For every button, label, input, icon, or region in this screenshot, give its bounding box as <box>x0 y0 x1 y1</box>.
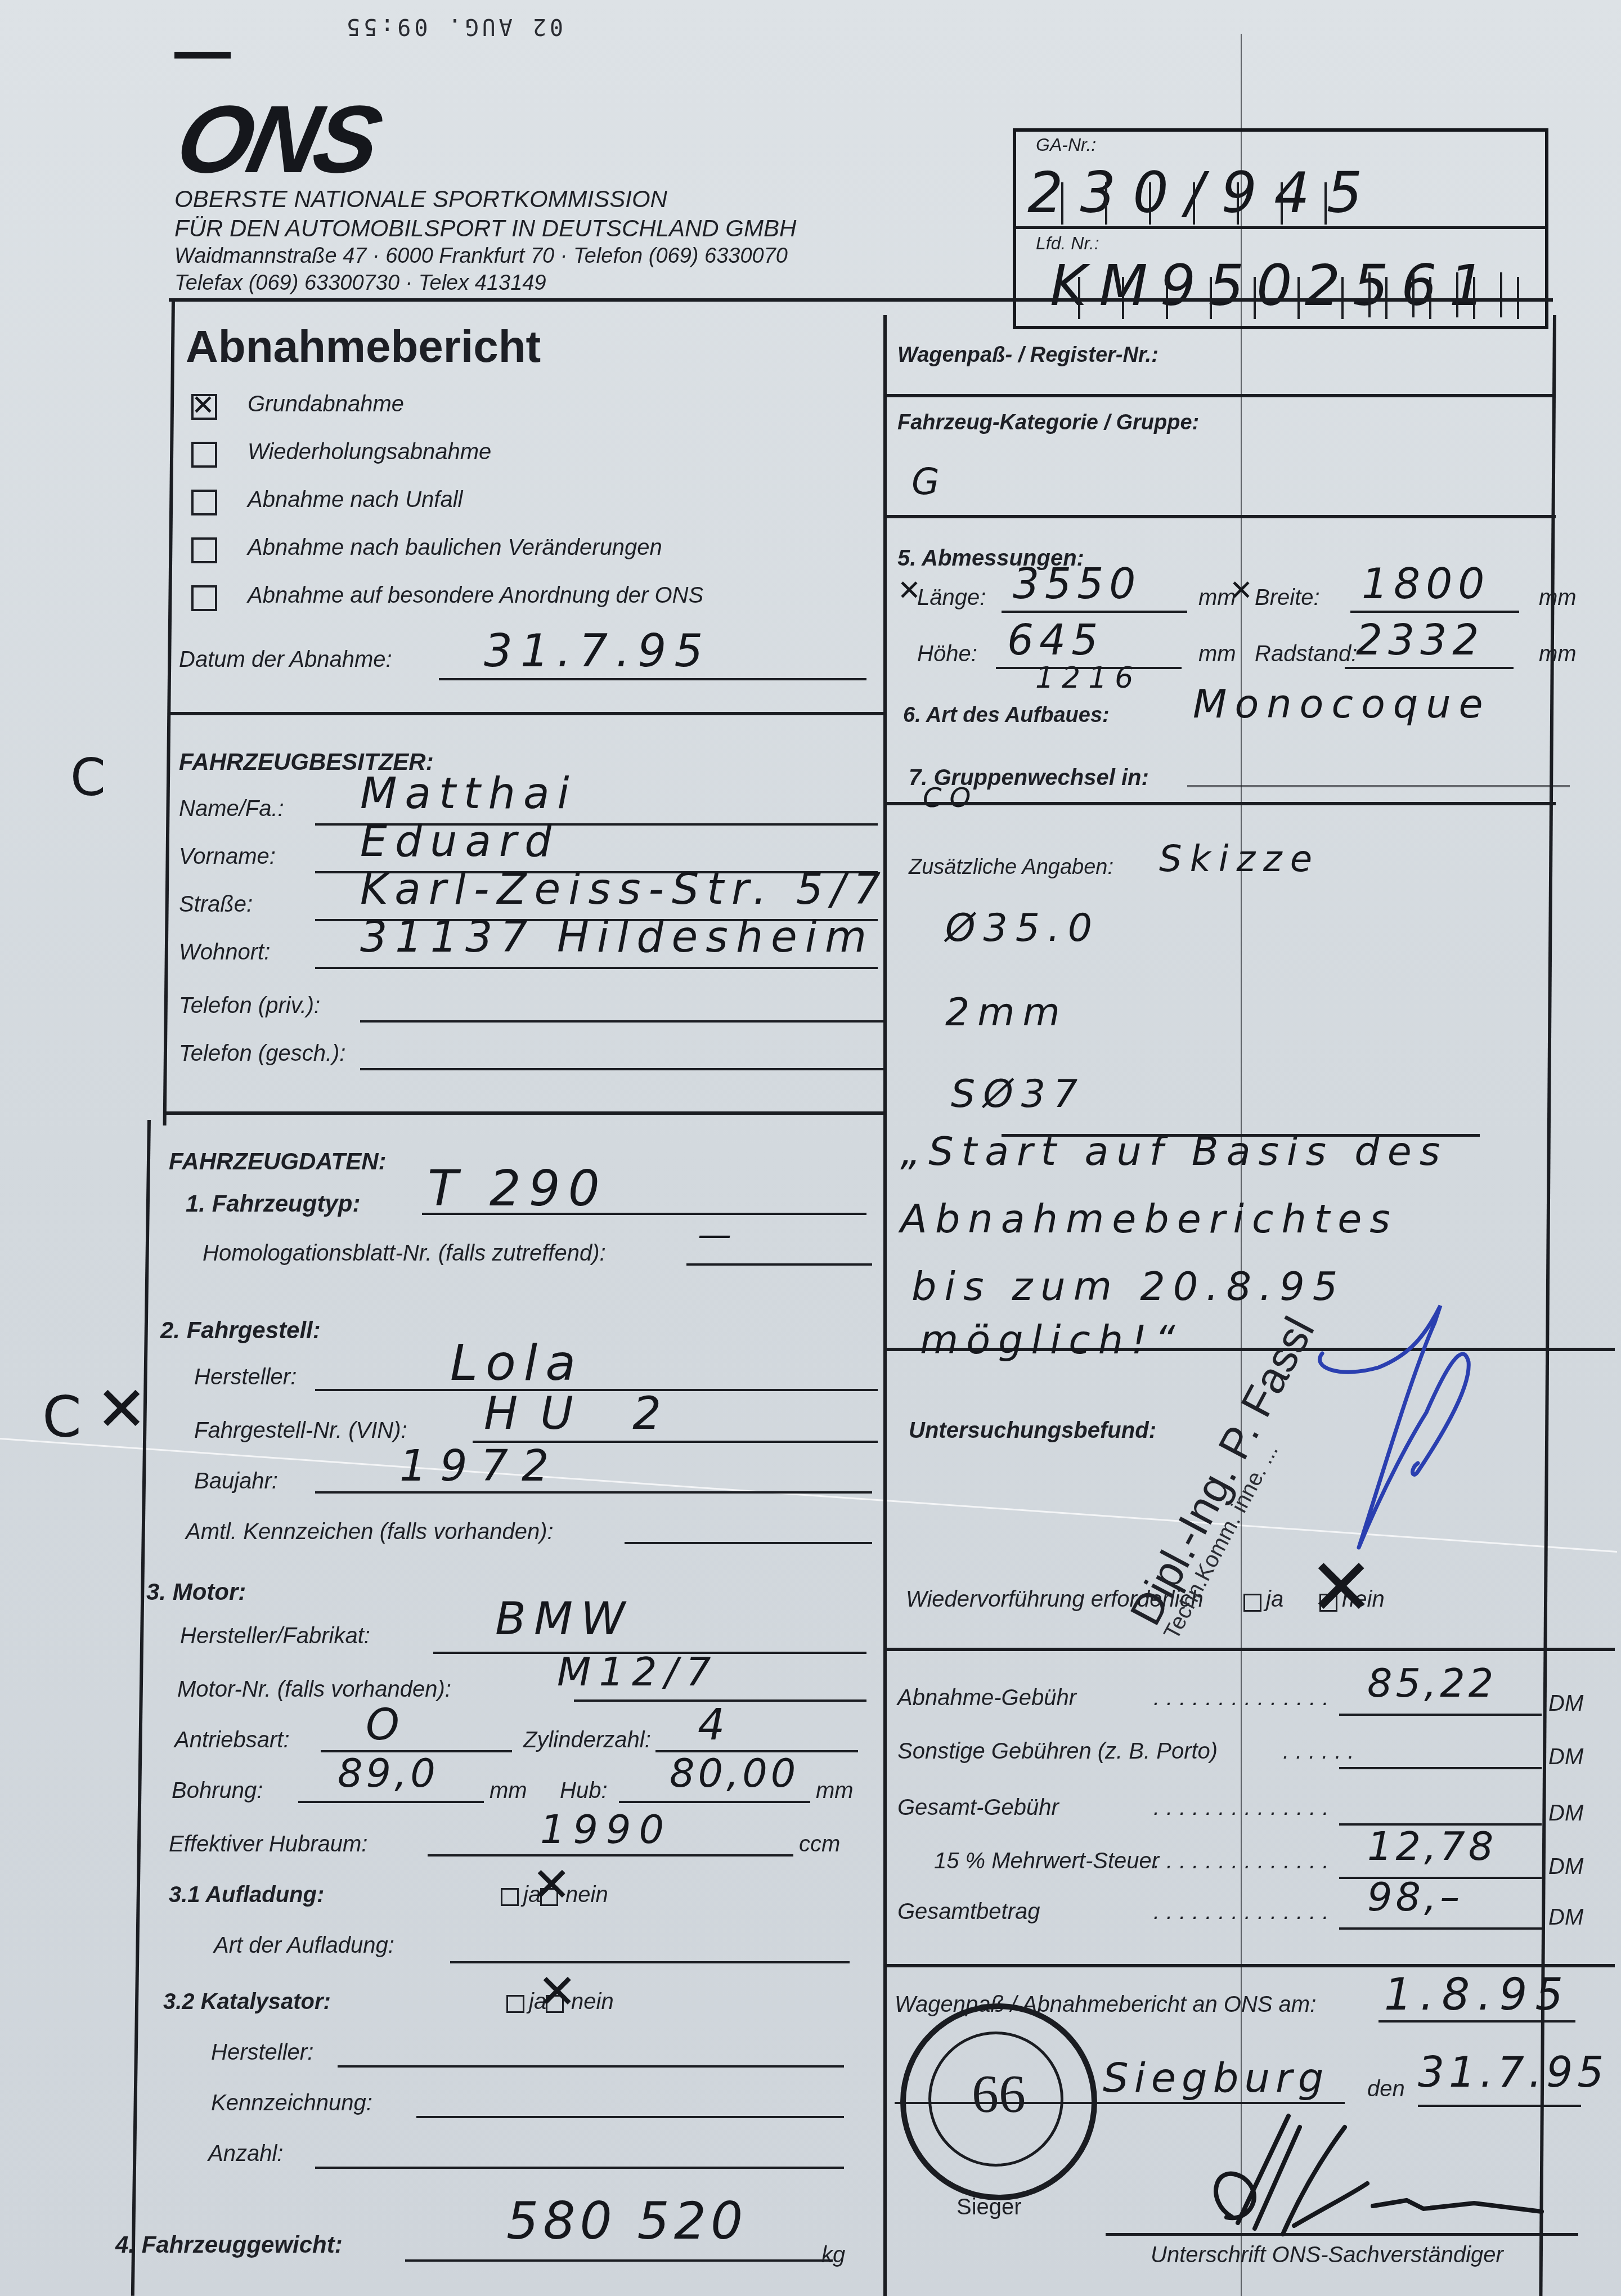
height-label: Höhe: <box>917 642 977 667</box>
fee-value: 85,22 <box>1367 1660 1497 1706</box>
cell-divider <box>1412 272 1415 317</box>
catalyst-maker-label: Hersteller: <box>211 2040 313 2065</box>
bore-label: Bohrung: <box>172 1778 263 1804</box>
owner-street-label: Straße: <box>179 892 253 917</box>
length-cross: ✕ <box>897 574 921 607</box>
category-label: Fahrzeug-Kategorie / Gruppe: <box>897 411 1199 435</box>
fee-value: 12,78 <box>1367 1823 1497 1869</box>
body-value: Monocoque <box>1193 681 1491 727</box>
vehicle-type-label: 1. Fahrzeugtyp: <box>186 1190 360 1217</box>
date-value: 31.7.95 <box>484 625 711 677</box>
inspection-type-checkbox[interactable] <box>191 442 217 468</box>
margin-circle-mark: C <box>42 1384 82 1450</box>
stamp-number: 66 <box>906 2062 1092 2125</box>
fee-label: 15 % Mehrwert-Steuer <box>934 1849 1159 1874</box>
extra-note-line: Ø35.0 <box>945 906 1100 950</box>
year-value: 1972 <box>399 1441 562 1491</box>
section-divider <box>886 394 1556 397</box>
bore-value: 89,0 <box>338 1750 439 1796</box>
owner-name-value: Matthai <box>360 768 577 818</box>
catalyst-count-label: Anzahl: <box>208 2141 283 2167</box>
engine-maker-label: Hersteller/Fabrikat: <box>180 1624 370 1649</box>
height-line <box>996 667 1182 669</box>
round-official-stamp: 66 <box>900 2003 1097 2200</box>
dot-leader: ...... <box>1283 1739 1361 1764</box>
place-date-value: 31.7.95 <box>1418 2048 1608 2097</box>
weight-label: 4. Fahrzeuggewicht: <box>115 2231 343 2258</box>
fee-label: Sonstige Gebühren (z. B. Porto) <box>897 1739 1218 1764</box>
drive-value: O <box>366 1699 407 1750</box>
owner-phone-work-line <box>360 1068 883 1070</box>
homologation-value: — <box>698 1216 739 1255</box>
cell-divider <box>1237 182 1239 225</box>
fill-line <box>315 2167 844 2169</box>
owner-firstname-label: Vorname: <box>179 844 276 869</box>
fee-line <box>1339 1927 1542 1930</box>
inspection-type-label: Abnahme nach baulichen Veränderungen <box>248 535 662 560</box>
fill-line <box>625 1542 872 1544</box>
fax-timestamp: 02 AUG. 09:55 <box>343 14 563 39</box>
year-label: Baujahr: <box>194 1469 278 1494</box>
inspection-type-label: Wiederholungsabnahme <box>248 440 491 465</box>
displacement-unit: ccm <box>799 1832 840 1857</box>
cell-divider <box>1193 182 1195 225</box>
owner-street-value: Karl-Zeiss-Str. 5/7 <box>360 864 888 914</box>
inspection-type-label: Abnahme nach Unfall <box>248 487 462 513</box>
repeat-nein-cross: ✕ <box>1308 1542 1374 1634</box>
section-divider <box>163 1111 886 1115</box>
weight-value: 580 520 <box>506 2192 747 2251</box>
fee-unit: DM <box>1548 1854 1583 1880</box>
turbo-nein-cross: ✕ <box>532 1857 571 1912</box>
extra-note-line: Abnahmeberichtes <box>900 1196 1398 1242</box>
fill-line <box>686 1263 872 1266</box>
wheelbase-label: Radstand: <box>1255 642 1357 667</box>
inspection-type-checkbox[interactable] <box>191 490 217 515</box>
weight-line <box>405 2259 833 2262</box>
vin-label: Fahrgestell-Nr. (VIN): <box>194 1418 407 1443</box>
turbo-type-label: Art der Aufladung: <box>214 1933 394 1958</box>
homologation-label: Homologationsblatt-Nr. (falls zutreffend… <box>203 1241 606 1266</box>
vin-value: HU 2 <box>484 1387 684 1440</box>
fee-label: Gesamt-Gebühr <box>897 1795 1059 1820</box>
extra-note-line: SØ37 <box>951 1072 1085 1116</box>
drive-label: Antriebsart: <box>174 1728 290 1753</box>
chassis-title: 2. Fahrgestell: <box>160 1317 321 1344</box>
catalyst-label: 3.2 Katalysator: <box>163 1989 331 2015</box>
ons-logo: ONS <box>167 84 388 195</box>
frame-left-lower <box>131 1120 151 2296</box>
extra-underline <box>1002 1134 1480 1137</box>
blue-ink-signature <box>1311 1300 1491 1553</box>
report-title: Abnahmebericht <box>186 321 541 373</box>
inspection-type-label: Abnahme auf besondere Anordnung der ONS <box>248 583 703 608</box>
section-divider <box>886 515 1556 518</box>
body-label: 6. Art des Aufbaues: <box>903 703 1110 728</box>
margin-circle-mark: C <box>70 748 106 808</box>
owner-phone-private-line <box>360 1020 883 1023</box>
catalyst-nein-cross: ✕ <box>537 1964 577 2019</box>
inspection-type-label: Grundabnahme <box>248 392 404 417</box>
wheelbase-line <box>1345 667 1514 669</box>
extra-note-line: bis zum 20.8.95 <box>911 1263 1345 1310</box>
dot-leader: .............. <box>1153 1795 1336 1820</box>
chassis-maker-value: Lola <box>450 1334 583 1392</box>
fee-line <box>1339 1714 1542 1716</box>
org-address: Waidmannstraße 47 · 6000 Frankfurt 70 · … <box>174 244 788 268</box>
cell-divider <box>1149 182 1151 225</box>
inspection-type-checkbox[interactable] <box>191 537 217 563</box>
place-value: Siegburg <box>1103 2054 1329 2101</box>
bore-unit: mm <box>490 1778 527 1804</box>
catalyst-nein-label: nein <box>571 1989 614 2015</box>
owner-phone-work-label: Telefon (gesch.): <box>179 1041 345 1066</box>
stroke-unit: mm <box>816 1778 854 1804</box>
date-line <box>439 678 866 680</box>
section-divider <box>169 712 886 715</box>
den-label: den <box>1367 2077 1405 2102</box>
fee-label: Abnahme-Gebühr <box>897 1685 1076 1711</box>
dot-leader: .............. <box>1153 1685 1336 1711</box>
fill-line <box>416 2116 844 2118</box>
chassis-maker-label: Hersteller: <box>194 1365 297 1390</box>
owner-phone-private-label: Telefon (priv.): <box>179 993 320 1019</box>
length-label: Länge: <box>917 585 986 611</box>
owner-city-value: 31137 Hildesheim <box>360 912 874 962</box>
cell-divider <box>1456 272 1458 317</box>
dimension-unit: mm <box>1198 642 1236 667</box>
dimension-unit: mm <box>1539 642 1577 667</box>
turbo-nein-label: nein <box>565 1882 608 1908</box>
stamp-bottom-text: Sieger <box>957 2195 1022 2220</box>
width-label: Breite: <box>1255 585 1320 611</box>
owner-city-label: Wohnort: <box>179 940 270 965</box>
frame-top <box>169 298 1553 302</box>
fill-line <box>298 1801 484 1803</box>
engine-title: 3. Motor: <box>146 1578 246 1606</box>
fee-unit: DM <box>1548 1905 1583 1930</box>
width-cross: ✕ <box>1229 574 1253 607</box>
extra-note-line: Skizze <box>1159 838 1320 880</box>
height-value: 645 <box>1007 616 1103 665</box>
engine-number-label: Motor-Nr. (falls vorhanden): <box>177 1677 451 1702</box>
height-note: 1216 <box>1035 661 1141 695</box>
section-divider <box>883 1648 1615 1651</box>
group-change-note: CO <box>923 782 978 814</box>
inspector-signature <box>1182 2105 1575 2251</box>
section-divider <box>886 802 1556 805</box>
weight-unit: kg <box>821 2243 845 2268</box>
length-value: 3550 <box>1013 560 1141 608</box>
group-change-line <box>1187 785 1570 787</box>
engine-maker-value: BMW <box>495 1593 633 1645</box>
inspection-type-checkbox[interactable] <box>191 394 217 420</box>
category-value: G <box>911 461 948 503</box>
owner-name-label: Name/Fa.: <box>179 796 284 822</box>
width-value: 1800 <box>1362 560 1490 608</box>
width-line <box>1350 611 1519 613</box>
length-line <box>1002 611 1187 613</box>
catalyst-ja-checkbox[interactable] <box>506 1995 524 2013</box>
fee-line <box>1339 1767 1542 1769</box>
register-label: Wagenpaß- / Register-Nr.: <box>897 343 1159 367</box>
cell-divider <box>1368 272 1371 317</box>
inspection-type-checkbox[interactable] <box>191 585 217 611</box>
id-box-divider <box>1016 226 1545 229</box>
cylinder-label: Zylinderzahl: <box>523 1728 651 1753</box>
fill-line <box>619 1801 810 1803</box>
vehicle-type-value: T 290 <box>428 1159 608 1217</box>
finding-label: Untersuchungsbefund: <box>909 1418 1156 1443</box>
displacement-value: 1990 <box>540 1806 672 1853</box>
dimension-unit: mm <box>1539 585 1577 611</box>
fee-value: 98,– <box>1367 1874 1463 1920</box>
repeat-ja-label: ja <box>1266 1587 1283 1612</box>
column-divider <box>883 315 887 2296</box>
cell-divider <box>1061 182 1063 225</box>
org-name-line2: FÜR DEN AUTOMOBILSPORT IN DEUTSCHLAND GM… <box>174 215 796 242</box>
fee-label: Gesamtbetrag <box>897 1899 1040 1925</box>
owner-firstname-value: Eduard <box>360 816 560 866</box>
stroke-label: Hub: <box>560 1778 608 1804</box>
margin-x-mark: ✕ <box>96 1373 147 1445</box>
fee-unit: DM <box>1548 1691 1583 1716</box>
plate-label: Amtl. Kennzeichen (falls vorhanden): <box>186 1519 554 1545</box>
repeat-ja-checkbox[interactable] <box>1243 1594 1261 1612</box>
extra-note-line: 2mm <box>945 990 1068 1035</box>
vehicle-title: FAHRZEUGDATEN: <box>169 1148 387 1175</box>
sent-line <box>1378 2020 1575 2023</box>
fill-line <box>450 1961 850 1963</box>
ga-label: GA-Nr.: <box>1036 134 1096 155</box>
cell-divider <box>1500 272 1502 317</box>
logo-dash <box>174 52 231 59</box>
org-name-line1: OBERSTE NATIONALE SPORTKOMMISSION <box>174 186 667 213</box>
turbo-ja-checkbox[interactable] <box>501 1888 519 1906</box>
extra-label: Zusätzliche Angaben: <box>909 855 1113 880</box>
cell-divider <box>1281 182 1283 225</box>
fill-line <box>428 1854 793 1856</box>
engine-number-value: M12/7 <box>557 1649 719 1695</box>
org-fax: Telefax (069) 63300730 · Telex 413149 <box>174 271 546 295</box>
dot-leader: .............. <box>1153 1849 1336 1874</box>
turbo-label: 3.1 Aufladung: <box>169 1882 324 1908</box>
catalyst-marking-label: Kennzeichnung: <box>211 2091 372 2116</box>
stroke-value: 80,00 <box>670 1750 799 1796</box>
extra-note-line: möglich!“ <box>920 1317 1183 1363</box>
wheelbase-value: 2332 <box>1356 616 1484 665</box>
displacement-label: Effektiver Hubraum: <box>169 1832 367 1857</box>
section-divider <box>883 1964 1615 1967</box>
owner-city-line <box>315 967 878 969</box>
fee-unit: DM <box>1548 1801 1583 1826</box>
fill-line <box>315 1491 872 1494</box>
cylinder-value: 4 <box>698 1699 733 1750</box>
cell-divider <box>1105 182 1107 225</box>
date-label: Datum der Abnahme: <box>179 647 392 672</box>
sent-value: 1.8.95 <box>1384 1970 1571 2020</box>
document-page: 02 AUG. 09:55 ONS OBERSTE NATIONALE SPOR… <box>0 0 1621 2296</box>
cell-divider <box>1324 182 1327 225</box>
fee-unit: DM <box>1548 1745 1583 1770</box>
lfd-label: Lfd. Nr.: <box>1036 233 1099 254</box>
dot-leader: .............. <box>1153 1899 1336 1925</box>
fill-line <box>338 2065 844 2068</box>
